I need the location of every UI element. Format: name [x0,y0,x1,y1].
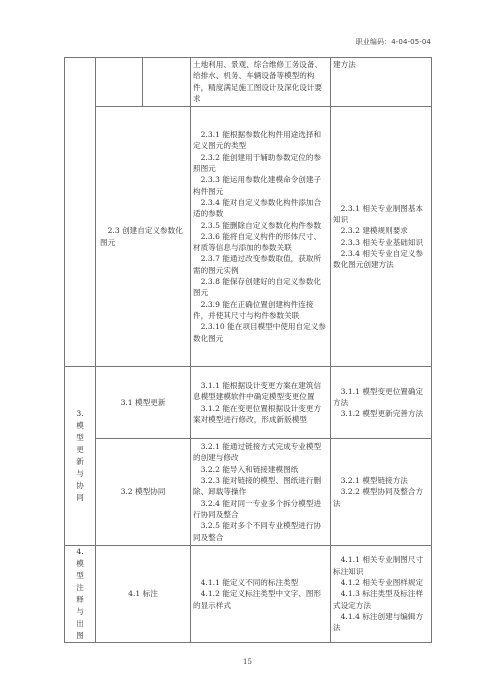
unit-cell-continued [96,58,143,107]
knowledge-item: 4.1.4 标注创建与编辑方法 [333,611,429,634]
unit-subcell-continued [143,58,191,107]
unit-cell: 3.2 模型协同 [96,439,191,546]
skill-item: 2.3.6 能将自定义构件的形体尺寸、材质等信息与添加的参数关联 [193,231,328,254]
occupation-code: 职业编码：4-04-05-04 [356,37,431,47]
skill-text: 土地利用、景观、综合维修工务设备、给排水、机务、车辆设备等模型的构件，精度满足施… [193,60,322,103]
section-label: 3. 模 型 更 新 与 协 同 [68,408,92,504]
skill-cell: 2.3.1 能根据参数化构件用途选择和定义图元的类型 2.3.2 能创建用于辅助… [191,107,331,367]
table-row-4-1: 4. 模 型 注 释 与 出 图 4.1 标注 4.1.1 能定义不同的标注类型… [65,546,432,643]
knowledge-item: 3.2.2 模型协同及整合方法 [333,486,429,509]
unit-label: 2.3 创建自定义参数化图元 [100,226,183,246]
knowledge-item: 2.3.1 相关专业制图基本知识 [333,203,429,226]
skill-item: 3.2.5 能对多个不同专业模型进行协同及整合 [193,520,328,543]
knowledge-item: 3.1.1 模型变更位置确定方法 [333,386,429,409]
skill-cell: 土地利用、景观、综合维修工务设备、给排水、机务、车辆设备等模型的构件，精度满足施… [191,58,331,107]
knowledge-item: 4.1.1 相关专业制图尺寸标注知识 [333,554,429,577]
skill-item: 2.3.9 能在正确位置创建构件连接件，并使其尺寸与构件参数关联 [193,299,328,322]
skills-table: 土地利用、景观、综合维修工务设备、给排水、机务、车辆设备等模型的构件，精度满足施… [64,57,432,643]
table-row-3-1: 3. 模 型 更 新 与 协 同 3.1 模型更新 3.1.1 能根据设计变更方… [65,367,432,439]
knowledge-cell: 3.1.1 模型变更位置确定方法 3.1.2 模型更新完善方法 [331,367,432,439]
knowledge-item: 2.3.3 相关专业基础知识 [333,237,429,248]
knowledge-cell: 建方法 [331,58,432,107]
skill-item: 2.3.10 能在项目模型中使用自定义参数化图元 [193,321,328,344]
skill-item: 3.2.3 能对链接的模型、图纸进行删除、卸载等操作 [193,475,328,498]
knowledge-item: 3.2.1 模型链接方法 [333,475,429,486]
section-cell-2-continued [65,58,96,367]
section-cell-4: 4. 模 型 注 释 与 出 图 [65,546,96,643]
skill-item: 2.3.2 能创建用于辅助参数定位的参照图元 [193,152,328,175]
skill-item: 3.2.4 能对同一专业多个拆分模型进行协同及整合 [193,498,328,521]
table-row-2-3: 2.3 创建自定义参数化图元 2.3.1 能根据参数化构件用途选择和定义图元的类… [65,107,432,367]
skill-item: 2.3.3 能运用参数化建模命令创建子构件图元 [193,174,328,197]
section-cell-3: 3. 模 型 更 新 与 协 同 [65,367,96,546]
knowledge-item: 3.1.2 模型更新完善方法 [333,408,429,419]
skill-item: 2.3.7 能通过改变参数取值，获取所需的图元实例 [193,253,328,276]
unit-label: 4.1 标注 [128,589,158,598]
skill-item: 3.2.2 能导入和链接建模图纸 [193,464,328,475]
skill-cell: 3.1.1 能根据设计变更方案在建筑信息模型建模软件中确定模型变更位置 3.1.… [191,367,331,439]
unit-cell: 4.1 标注 [96,546,191,643]
table-row-3-2: 3.2 模型协同 3.2.1 能通过链接方式完成专业模型的创建与修改 3.2.2… [65,439,432,546]
section-label: 4. 模 型 注 释 与 出 图 [68,546,92,642]
skill-item: 3.1.2 能在变更位置根据设计变更方案对模型进行修改，形成新版模型 [193,403,328,426]
skill-item: 3.1.1 能根据设计变更方案在建筑信息模型建模软件中确定模型变更位置 [193,380,328,403]
skill-cell: 3.2.1 能通过链接方式完成专业模型的创建与修改 3.2.2 能导入和链接建模… [191,439,331,546]
knowledge-cell: 2.3.1 相关专业制图基本知识 2.3.2 建模规则要求 2.3.3 相关专业… [331,107,432,367]
skill-item: 3.2.1 能通过链接方式完成专业模型的创建与修改 [193,441,328,464]
table-row-continuation: 土地利用、景观、综合维修工务设备、给排水、机务、车辆设备等模型的构件，精度满足施… [65,58,432,107]
skill-item: 2.3.1 能根据参数化构件用途选择和定义图元的类型 [193,129,328,152]
unit-label: 3.2 模型协同 [121,487,166,496]
unit-cell: 2.3 创建自定义参数化图元 [96,107,191,367]
skill-item: 2.3.8 能保存创建好的自定义参数化图元 [193,276,328,299]
skill-cell: 4.1.1 能定义不同的标注类型 4.1.2 能定义标注类型中文字、图形的显示样… [191,546,331,643]
skill-item: 2.3.5 能删除自定义参数化构件参数 [193,220,328,231]
knowledge-cell: 3.2.1 模型链接方法 3.2.2 模型协同及整合方法 [331,439,432,546]
knowledge-cell: 4.1.1 相关专业制图尺寸标注知识 4.1.2 相关专业图样规定 4.1.3 … [331,546,432,643]
skill-item: 2.3.4 能对自定义参数化构件添加合适的参数 [193,197,328,220]
knowledge-item: 2.3.4 相关专业自定义参数化图元创建方法 [333,248,429,271]
unit-label: 3.1 模型更新 [121,398,166,407]
knowledge-item: 4.1.2 相关专业图样规定 [333,577,429,588]
knowledge-item: 4.1.3 标注类型及标注样式设定方法 [333,588,429,611]
skill-item: 4.1.2 能定义标注类型中文字、图形的显示样式 [193,588,328,611]
knowledge-text: 建方法 [333,60,356,69]
skill-item: 4.1.1 能定义不同的标注类型 [193,577,328,588]
knowledge-item: 2.3.2 建模规则要求 [333,225,429,236]
page-number: 15 [0,658,495,666]
unit-cell: 3.1 模型更新 [96,367,191,439]
